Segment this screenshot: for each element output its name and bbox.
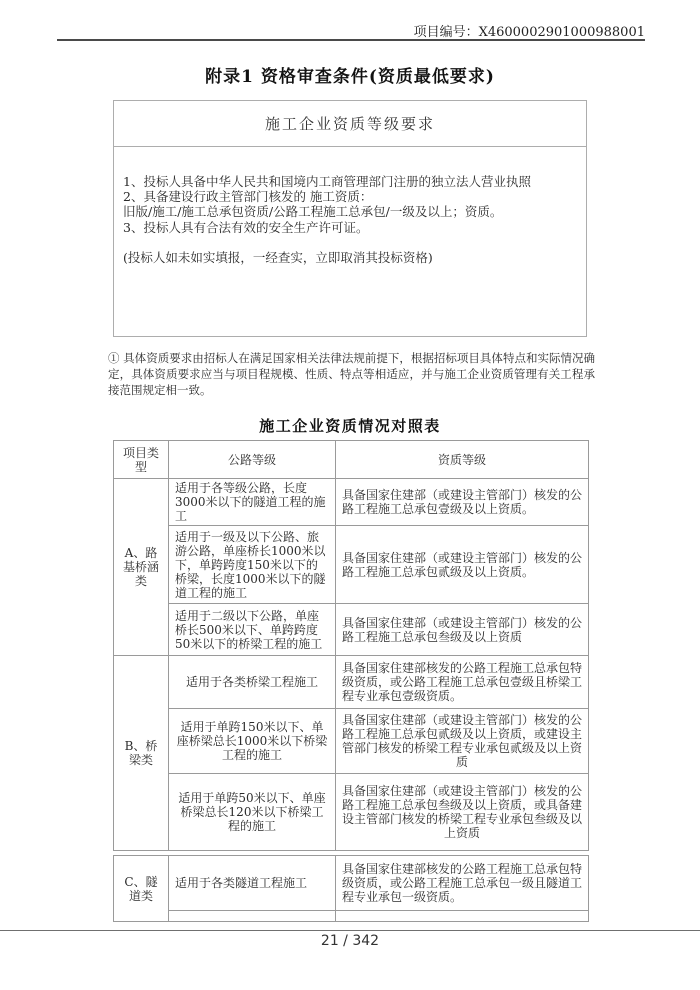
qualification-comparison-table: 项目类型 公路等级 资质等级 A、路基桥涵类 适用于各等级公路，长度3000米以… — [113, 440, 589, 851]
project-number: 项目编号：X4600002901000988001 — [414, 21, 645, 40]
table-row-partial — [114, 911, 589, 922]
comparison-table-title: 施工企业资质情况对照表 — [0, 415, 700, 436]
qualification-cell: 具备国家住建部（或建设主管部门）核发的公路工程施工总承包叁级及以上资质，或具备建… — [336, 774, 589, 851]
header-divider — [57, 39, 645, 41]
document-page: 项目编号：X4600002901000988001 附录1 资格审查条件(资质最… — [0, 0, 700, 990]
qualification-cell — [336, 911, 589, 922]
qualification-cell: 具备国家住建部（或建设主管部门）核发的公路工程施工总承包叁级及以上资质 — [336, 604, 589, 656]
requirement-line: 1、投标人具备中华人民共和国境内工商管理部门注册的独立法人营业执照 — [123, 174, 578, 189]
highway-cell: 适用于二级以下公路，单座桥长500米以下、单跨跨度50米以下的桥梁工程的施工 — [169, 604, 336, 656]
qualification-cell: 具备国家住建部（或建设主管部门）核发的公路工程施工总承包壹级及以上资质。 — [336, 479, 589, 526]
qualification-cell: 具备国家住建部（或建设主管部门）核发的公路工程施工总承包贰级及以上资质。 — [336, 526, 589, 604]
group-label-cell: B、桥梁类 — [114, 656, 169, 851]
requirement-box-content: 1、投标人具备中华人民共和国境内工商管理部门注册的独立法人营业执照 2、具备建设… — [114, 147, 586, 265]
table-row: B、桥梁类 适用于各类桥梁工程施工 具备国家住建部核发的公路工程施工总承包特级资… — [114, 656, 589, 709]
qualification-cell: 具备国家住建部核发的公路工程施工总承包特级资质，或公路工程施工总承包壹级且桥梁工… — [336, 656, 589, 709]
note-paragraph: ① 具体资质要求由招标人在满足国家相关法律法规前提下，根据招标项目具体特点和实际… — [108, 350, 595, 399]
table-row: A、路基桥涵类 适用于各等级公路，长度3000米以下的隧道工程的施工 具备国家住… — [114, 479, 589, 526]
table-row: 适用于单跨150米以下、单座桥梁总长1000米以下桥梁工程的施工 具备国家住建部… — [114, 709, 589, 774]
qualification-comparison-table-continued: C、隧道类 适用于各类隧道工程施工 具备国家住建部核发的公路工程施工总承包特级资… — [113, 855, 589, 922]
group-label-cell: C、隧道类 — [114, 856, 169, 922]
requirement-line: 旧版/施工/施工总承包资质/公路工程施工总承包/一级及以上；资质。 — [123, 204, 578, 219]
table-header-row: 项目类型 公路等级 资质等级 — [114, 441, 589, 479]
table-row: 适用于二级以下公路，单座桥长500米以下、单跨跨度50米以下的桥梁工程的施工 具… — [114, 604, 589, 656]
page-number: 21 / 342 — [0, 933, 700, 949]
qualification-cell: 具备国家住建部核发的公路工程施工总承包特级资质，或公路工程施工总承包一级且隧道工… — [336, 856, 589, 911]
highway-cell: 适用于单跨150米以下、单座桥梁总长1000米以下桥梁工程的施工 — [169, 709, 336, 774]
highway-cell: 适用于一级及以下公路、旅游公路，单座桥长1000米以下，单跨跨度150米以下的桥… — [169, 526, 336, 604]
column-header-qualification: 资质等级 — [336, 441, 589, 479]
requirement-line: 2、具备建设行政主管部门核发的 施工资质： — [123, 189, 578, 204]
table-row: 适用于一级及以下公路、旅游公路，单座桥长1000米以下，单跨跨度150米以下的桥… — [114, 526, 589, 604]
highway-cell: 适用于单跨50米以下、单座桥梁总长120米以下桥梁工程的施工 — [169, 774, 336, 851]
column-header-highway: 公路等级 — [169, 441, 336, 479]
highway-cell: 适用于各类桥梁工程施工 — [169, 656, 336, 709]
group-label-cell: A、路基桥涵类 — [114, 479, 169, 656]
table-row: C、隧道类 适用于各类隧道工程施工 具备国家住建部核发的公路工程施工总承包特级资… — [114, 856, 589, 911]
requirement-box-heading: 施工企业资质等级要求 — [114, 101, 586, 147]
qualification-requirement-box: 施工企业资质等级要求 1、投标人具备中华人民共和国境内工商管理部门注册的独立法人… — [113, 100, 587, 337]
highway-cell: 适用于各类隧道工程施工 — [169, 856, 336, 911]
requirement-line: 3、投标人具有合法有效的安全生产许可证。 — [123, 220, 578, 235]
appendix-title: 附录1 资格审查条件(资质最低要求) — [0, 62, 700, 87]
table-row: 适用于单跨50米以下、单座桥梁总长120米以下桥梁工程的施工 具备国家住建部（或… — [114, 774, 589, 851]
highway-cell — [169, 911, 336, 922]
warning-note: (投标人如未如实填报，一经查实，立即取消其投标资格) — [123, 250, 578, 265]
footer-divider — [0, 930, 700, 931]
highway-cell: 适用于各等级公路，长度3000米以下的隧道工程的施工 — [169, 479, 336, 526]
qualification-cell: 具备国家住建部（或建设主管部门）核发的公路工程施工总承包贰级及以上资质，或建设主… — [336, 709, 589, 774]
column-header-category: 项目类型 — [114, 441, 169, 479]
